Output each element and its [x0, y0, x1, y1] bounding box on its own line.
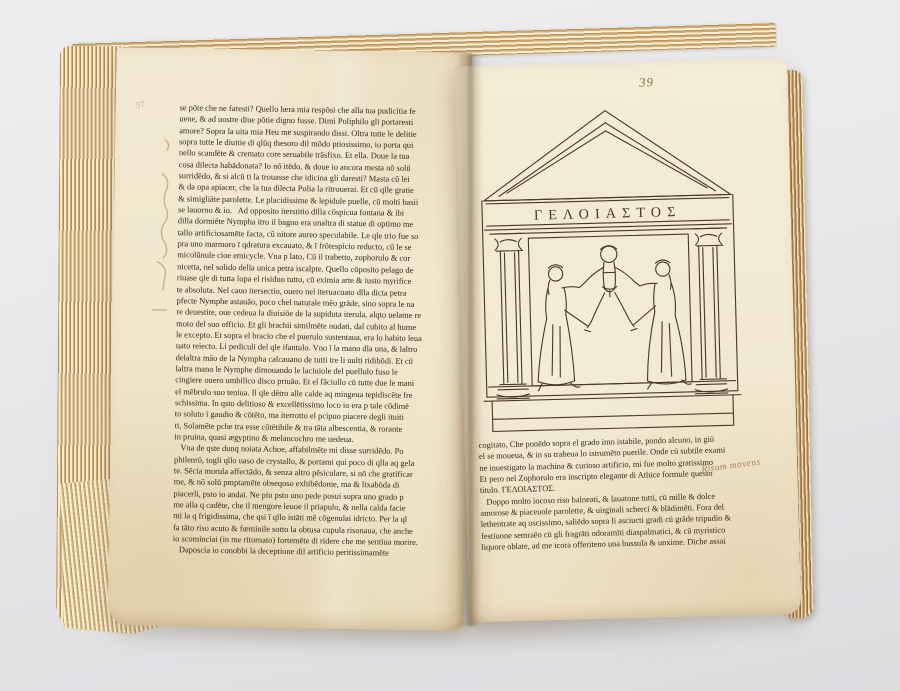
left-page: 57 se pōte che ne faresti? Quello hera m…	[107, 47, 472, 631]
open-book: 57 se pōte che ne faresti? Quello hera m…	[52, 6, 842, 658]
left-page-text: se pōte che ne faresti? Quello hera mia …	[173, 102, 470, 560]
pediment	[482, 107, 731, 200]
putto-figure	[578, 245, 641, 332]
temple-base	[484, 380, 742, 431]
nymph-right-figure	[632, 259, 691, 389]
edge-mark: 57	[135, 99, 145, 110]
margin-squiggle	[146, 134, 175, 324]
photo-backdrop: 57 se pōte che ne faresti? Quello hera m…	[0, 0, 900, 691]
right-page-text: cogitato, Che ponēdo sopra el grado imo …	[479, 432, 786, 553]
gutter-shadow	[456, 54, 482, 626]
right-page: 39 ΓΕΛΟΙΑΣΤΟΣ	[455, 58, 801, 623]
woodcut-illustration: ΓΕΛΟΙΑΣΤΟΣ	[474, 97, 745, 438]
folio-number: 39	[639, 75, 654, 90]
column-left	[493, 233, 530, 399]
frieze-inscription: ΓΕΛΟΙΑΣΤΟΣ	[534, 204, 682, 224]
nymph-left-figure	[535, 264, 589, 391]
column-right	[691, 228, 728, 394]
